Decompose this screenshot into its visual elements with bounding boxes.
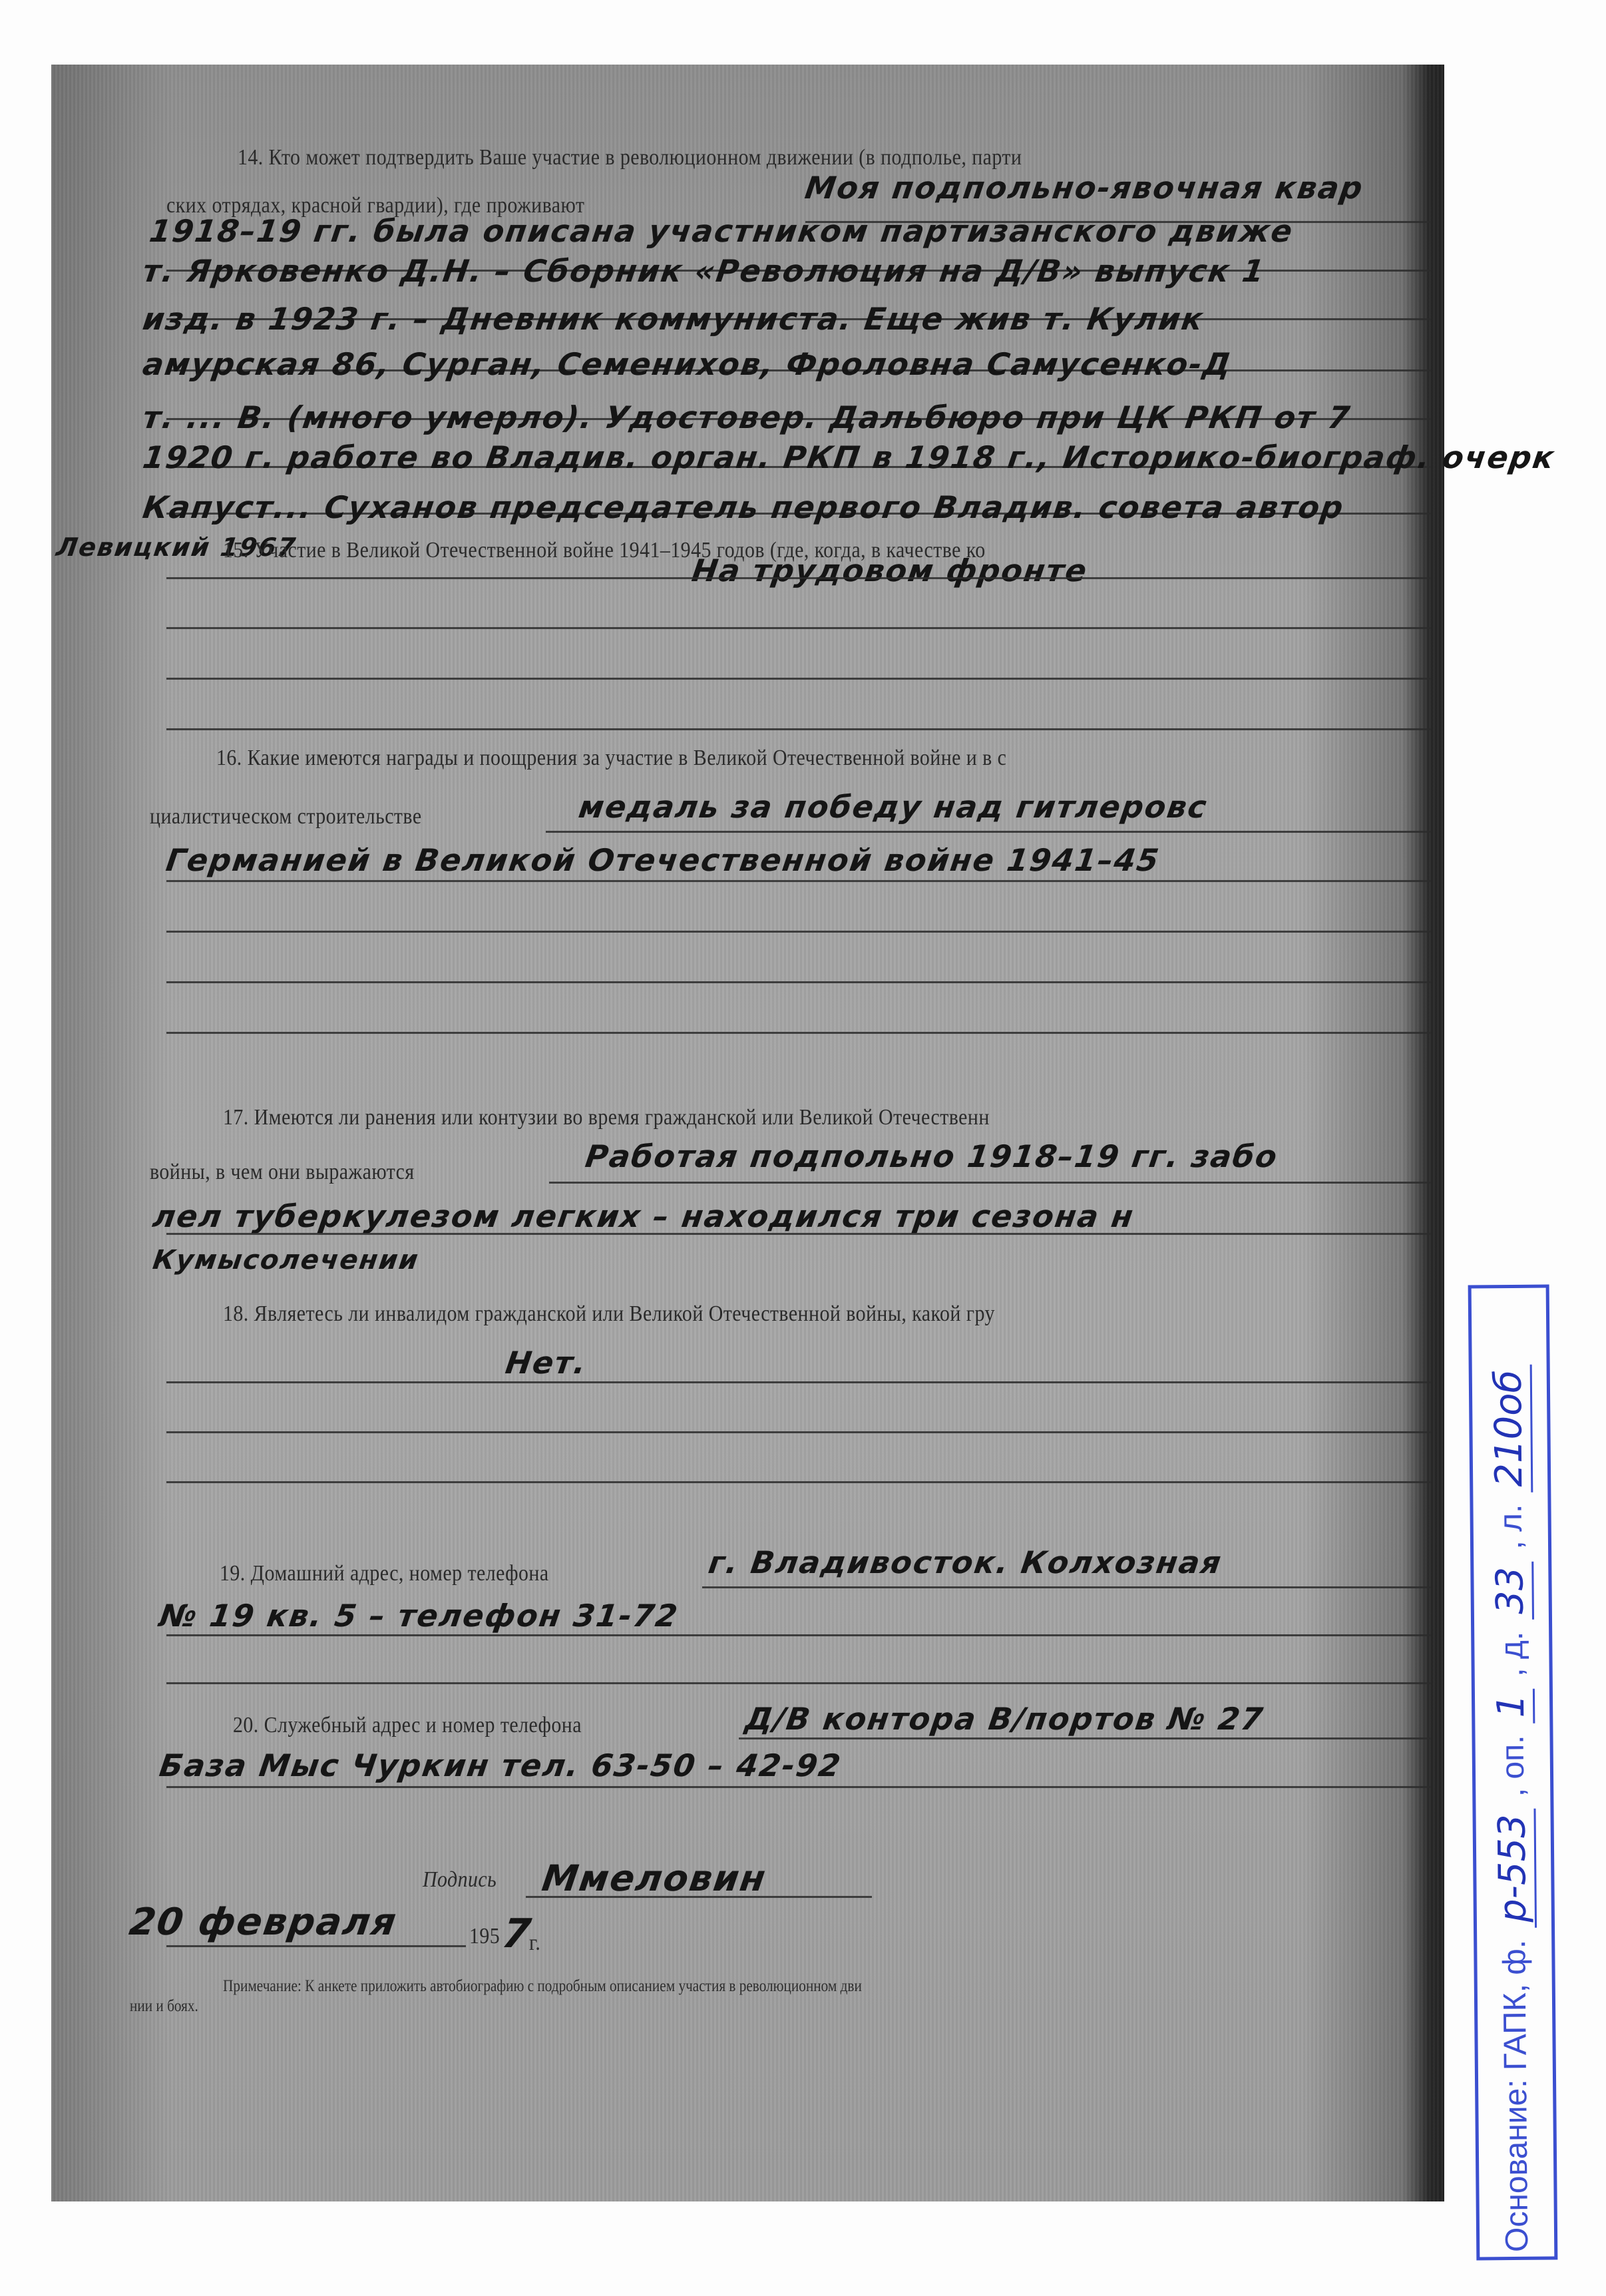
rule [166,1682,1431,1684]
q14-answer-line: амурская 86, Сурган, Семенихов, Фроловна… [140,346,1234,382]
rule [739,1737,1431,1739]
date-handwritten: 20 февраля [126,1901,399,1944]
rule [166,1786,1431,1788]
q14-answer-line: т. Ярковенко Д.Н. – Сборник «Революция н… [140,253,1267,289]
stamp-delo: 33 [1488,1561,1534,1620]
rule [166,981,1431,983]
signature-label: Подпись [423,1867,497,1893]
footnote-line2: нии и боях. [130,1997,198,2016]
stamp-fond: р-553 [1490,1808,1537,1927]
rule [166,1431,1431,1433]
q19-label: 19. Домашний адрес, номер телефона [220,1561,549,1586]
rule [166,880,1431,882]
rule [166,627,1431,629]
rule [166,931,1431,933]
date-year-prefix: 195 [469,1924,500,1949]
rule [166,678,1431,680]
rule [546,831,1431,833]
date-suffix: г. [529,1931,540,1956]
archive-stamp: Основание: ГАПК, ф. р-553 , оп. 1 , д. 3… [1468,1284,1558,2260]
q17-answer-line: лел туберкулезом легких – находился три … [150,1198,1136,1234]
stamp-opis: 1 [1490,1688,1535,1723]
rule [549,1182,1431,1184]
footnote-line1: Примечание: К анкете приложить автобиогр… [223,1977,862,1996]
rule [166,577,1431,579]
signature-value: Ммеловин [540,1857,769,1899]
q16-answer-line: медаль за победу над гитлеровс [576,789,1210,825]
q14-answer-line: Моя подпольно-явочная квар [803,170,1366,206]
q16-answer-line: Германией в Великой Отечественной войне … [164,842,1162,878]
q17-label-line2: войны, в чем они выражаются [150,1160,415,1185]
stamp-list: 210об [1487,1364,1533,1492]
stamp-list-label: , л. [1492,1504,1529,1549]
q16-label-line2: циалистическом строительстве [150,804,422,829]
q14-answer-line: изд. в 1923 г. – Дневник коммуниста. Еще… [140,301,1206,337]
q17-answer-line: Работая подпольно 1918–19 гг. забо [583,1138,1281,1174]
date-rule [166,1945,466,1947]
q19-answer-line: г. Владивосток. Колхозная [706,1544,1224,1580]
q14-label-line1: 14. Кто может подтвердить Ваше участие в… [238,145,1022,170]
q17-label-line1: 17. Имеются ли ранения или контузии во в… [223,1105,990,1130]
q15-answer: На трудовом фронте [690,553,1090,588]
stamp-prefix: Основание: ГАПК, ф. [1496,1939,1535,2252]
q14-answer-line: т. ... В. (много умерло). Удостовер. Дал… [140,399,1353,435]
rule [166,1634,1431,1636]
q20-answer-line: Д/В контора В/портов № 27 [743,1701,1266,1737]
q16-label-line1: 16. Какие имеются награды и поощрения за… [216,746,1006,771]
q14-answer-line: 1918–19 гг. была описана участником парт… [147,213,1296,249]
q18-label: 18. Являетесь ли инвалидом гражданской и… [223,1301,995,1327]
q18-answer: Нет. [503,1345,589,1381]
q19-answer-line: № 19 кв. 5 – телефон 31-72 [157,1598,681,1634]
stamp-delo-label: , д. [1494,1631,1531,1676]
rule [702,1586,1431,1588]
rule [166,1481,1431,1483]
q20-label: 20. Служебный адрес и номер телефона [233,1713,582,1738]
rule [166,1381,1431,1383]
rule [166,1233,1431,1235]
q20-answer-line: База Мыс Чуркин тел. 63-50 – 42-92 [157,1747,844,1783]
signature-rule [526,1896,872,1898]
q14-answer-line: Капуст... Суханов председатель первого В… [140,489,1346,525]
stamp-opis-label: , оп. [1494,1735,1531,1797]
q14-answer-line: 1920 г. работе во Владив. орган. РКП в 1… [140,439,1557,475]
q17-answer-line: Кумысолечении [151,1245,421,1275]
rule [166,728,1431,730]
rule [166,1032,1431,1034]
